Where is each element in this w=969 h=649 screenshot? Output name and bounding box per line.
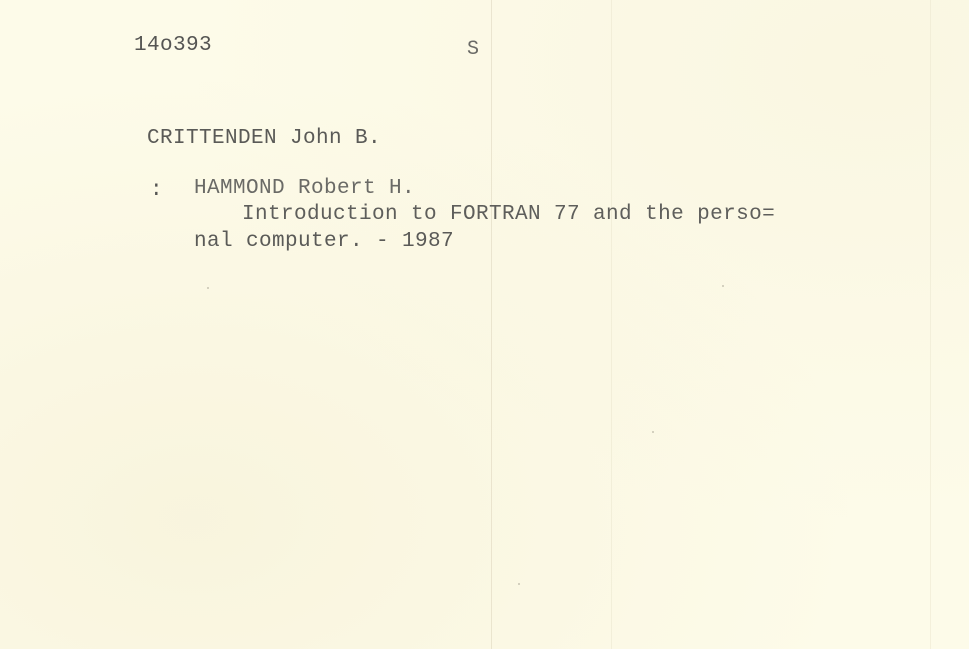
paper-speck [207, 287, 209, 289]
classmark: S [467, 40, 479, 60]
paper-speck [722, 285, 724, 287]
card-fold-line [491, 0, 492, 649]
heading-name: CRITTENDEN John B. [147, 128, 381, 149]
entry-title-line-1: Introduction to FORTRAN 77 and the perso… [242, 204, 775, 225]
catalog-card: 14o393 S CRITTENDEN John B. : HAMMOND Ro… [0, 0, 969, 649]
paper-speck [652, 431, 654, 433]
entry-title-line-2: nal computer. - 1987 [194, 231, 454, 252]
paper-speck [518, 583, 520, 585]
accession-number: 14o393 [134, 35, 212, 56]
entry-marker: : [150, 180, 163, 201]
entry-author: HAMMOND Robert H. [194, 178, 415, 199]
card-fold-line [930, 0, 931, 649]
card-fold-line [611, 0, 612, 649]
